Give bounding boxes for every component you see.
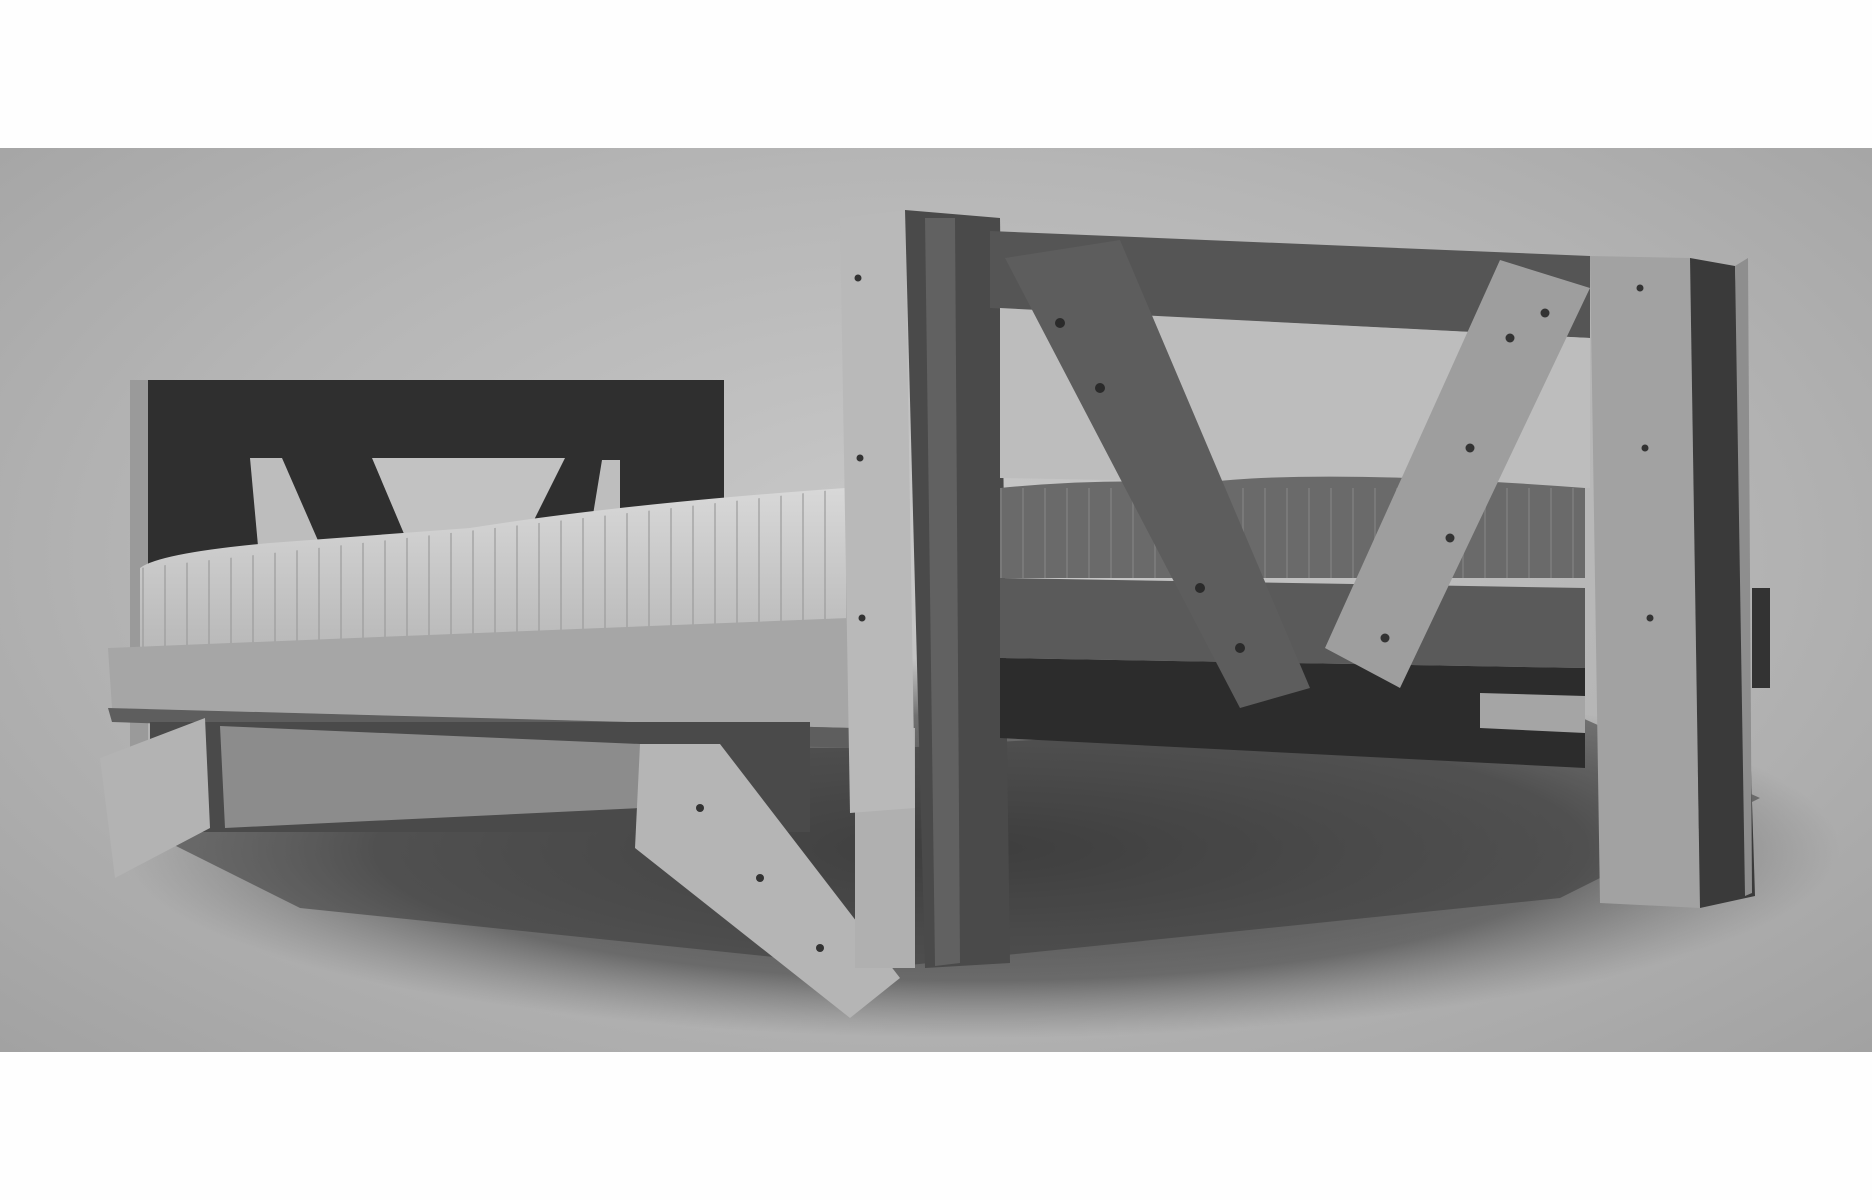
photograph: [0, 148, 1872, 1052]
furniture-photo-illustration: [0, 148, 1872, 1052]
